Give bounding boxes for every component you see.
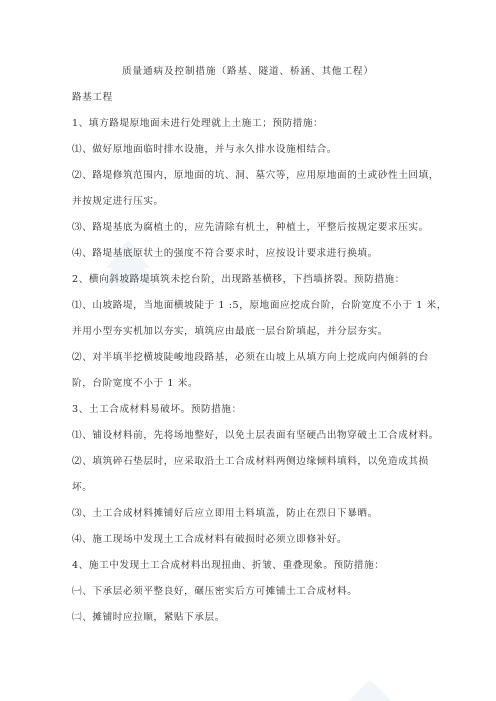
paragraph-line: ⑵、对半填半挖横坡陡峻地段路基，必须在山坡上从填方向上挖成向内倾斜的台 [72,352,429,364]
document-title: 质量通病及控制措施（路基、隧道、桥涵、其他工程） [0,66,496,78]
section-heading: 路基工程 [72,92,113,104]
paragraph-line: 坏。 [72,482,92,494]
paragraph-line: 4、施工中发现土工合成材料出现扭曲、折皱、重叠现象。预防措施： [72,560,385,572]
paragraph-line: ㈡、摊铺时应拉顺，紧贴下承层。 [72,612,225,624]
paragraph-line: ⑷、路堤基底原状土的强度不符合要求时，应按设计要求进行换填。 [72,248,378,260]
paragraph-line: ⑵、填筑碎石垫层时，应采取沿土工合成材料两侧边缘倾料填料，以免造成其损 [72,456,429,468]
paragraph-line: ㈠、下承层必须平整良好，碾压密实后方可摊铺土工合成材料。 [72,586,357,598]
paragraph-line: 并用小型夯实机加以夯实，填筑应由最底一层台阶填起，并分层夯实。 [72,326,388,338]
paragraph-line: ⑶、土工合成材料摊铺好后应立即用土料填盖，防止在烈日下暴晒。 [72,508,378,520]
document-page: 质量通病及控制措施（路基、隧道、桥涵、其他工程） 路基工程 1、填方路堤原地面未… [0,0,496,701]
paragraph-line: ⑵、路堤修筑范围内，原地面的坑、洞、墓穴等，应用原地面的土或砂性土回填， [72,170,439,182]
paragraph-line: ⑶、路堤基底为腐植土的，应先清除有机土，种植土，平整后按规定要求压实。 [72,222,429,234]
paragraph-line: 1、填方路堤原地面未进行处理就上土施工；预防措施： [72,118,323,130]
paragraph-line: 2、横向斜坡路堤填筑未挖台阶，出现路基横移，下挡墙挤裂。预防措施： [72,274,405,286]
paragraph-line: 并按规定进行压实。 [72,196,164,208]
paragraph-line: 3、土工合成材料易破坏。预防措施： [72,404,242,416]
paragraph-line: ⑴、山坡路堤，当地面横坡陡于 1 :5，原地面应挖成台阶，台阶宽度不小于 1 米… [72,300,447,312]
paragraph-line: ⑷、施工现场中发现土工合成材料有破损时必须立即修补好。 [72,534,347,546]
paragraph-line: 阶，台阶宽度不小于 1 米。 [72,378,198,390]
watermark-icon [345,680,395,701]
paragraph-line: ⑴、做好原地面临时排水设施，并与永久排水设施相结合。 [72,144,337,156]
paragraph-line: ⑴、铺设材料前，先将场地整好，以免土层表面有坚硬凸出物穿破土工合成材料。 [72,430,439,442]
